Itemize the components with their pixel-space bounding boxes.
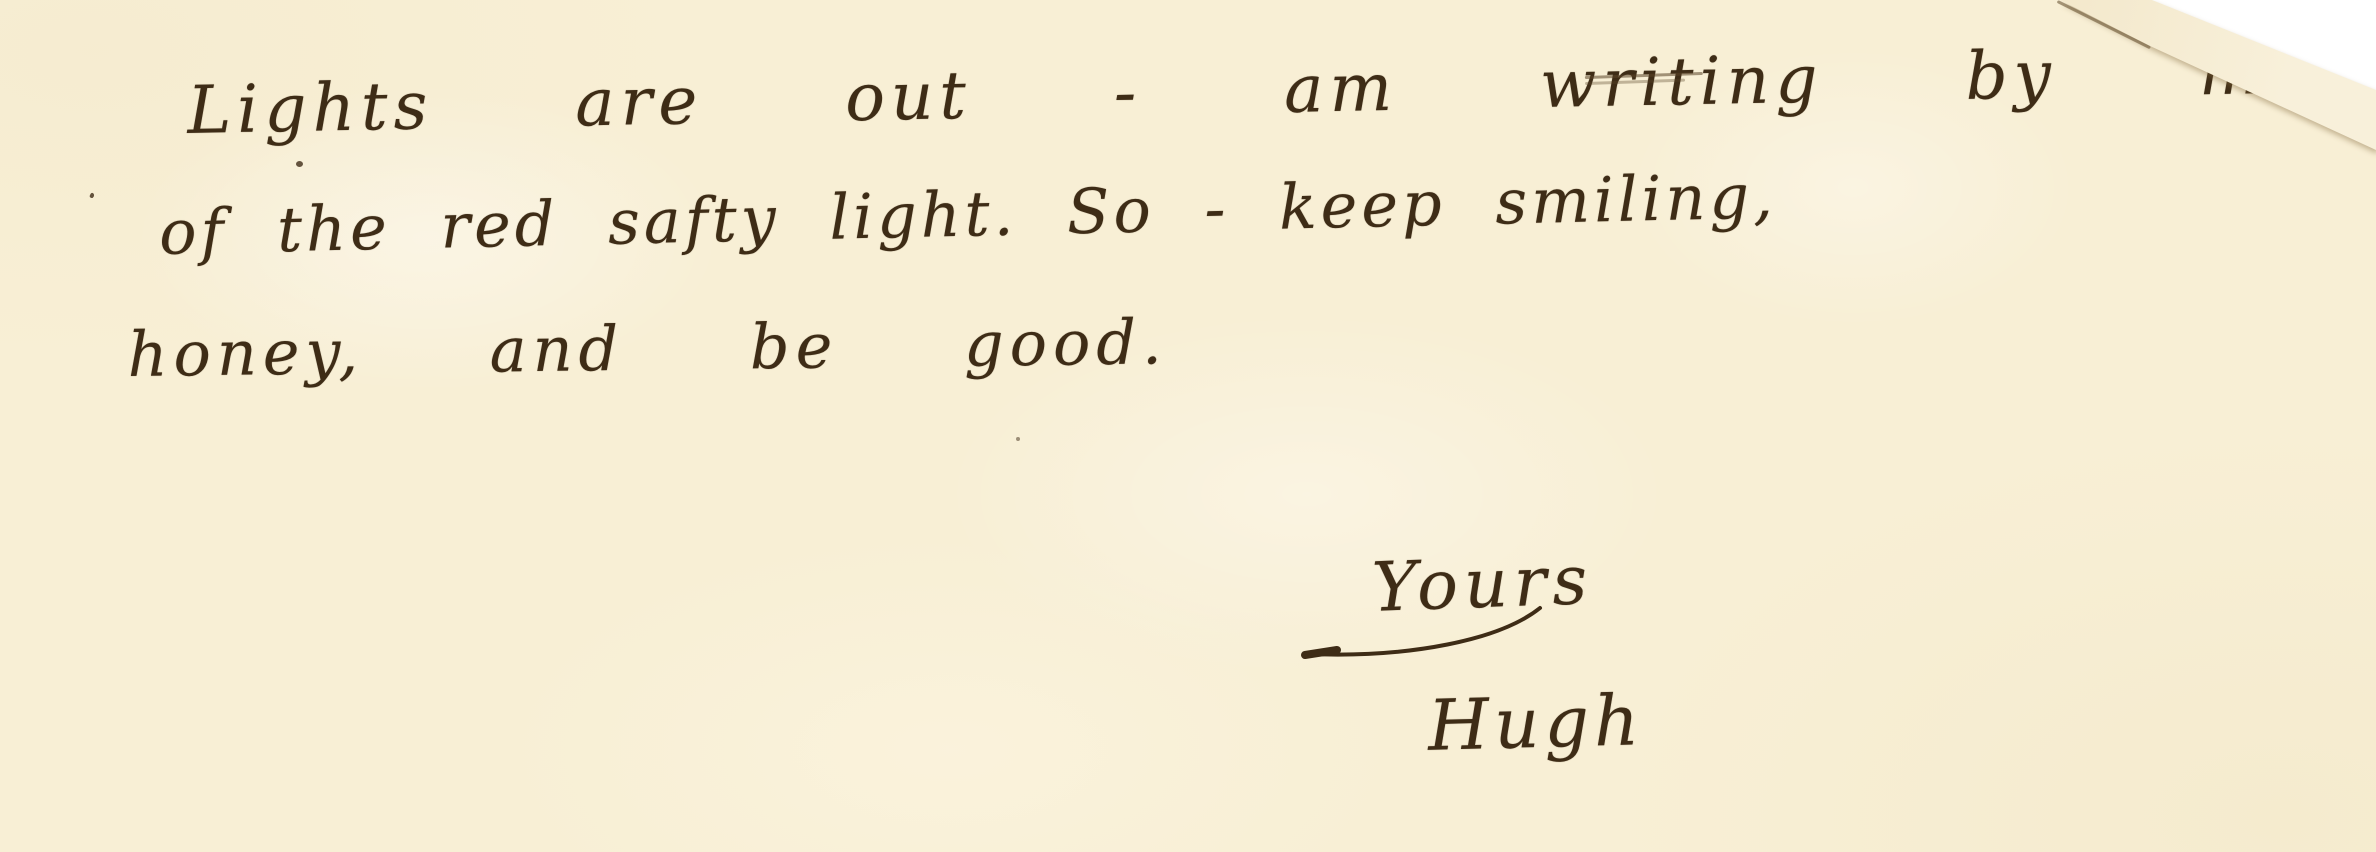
folded-corner [2050,0,2376,180]
signature-flourish-stroke [1295,598,1550,680]
signature-hugh: Hugh [1427,679,1645,767]
scanned-letter: Lights are out - am writing by means of … [0,0,2376,852]
handwriting-line-1: Lights are out - am writing by means [187,29,2376,149]
ink-speck [296,161,303,167]
ink-speck [89,192,95,198]
folded-corner-flap [2050,0,2376,180]
handwriting-line-2: of the red safty light. So - keep smilin… [158,159,1777,269]
handwriting-line-3: honey, and be good. [127,305,1168,391]
ink-speck [1016,437,1020,441]
letter-paper: Lights are out - am writing by means of … [0,0,2376,852]
